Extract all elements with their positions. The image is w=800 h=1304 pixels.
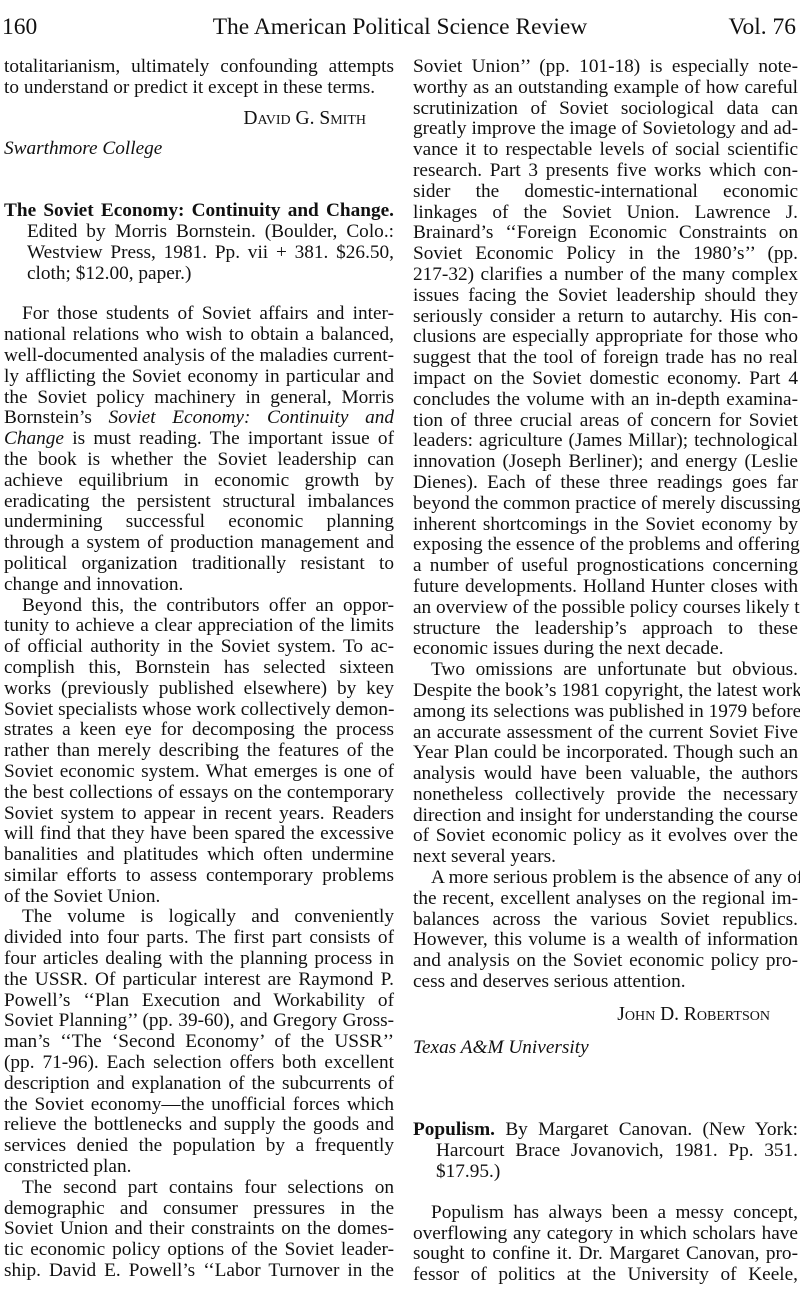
- text-line: exposing the essence of the problems and…: [413, 535, 798, 556]
- text-line: Beyond this, the contributors offer an o…: [4, 596, 394, 617]
- text-line: inherent shortcomings in the Soviet econ…: [413, 515, 798, 536]
- text-line: sought to confine it. Dr. Margaret Canov…: [413, 1244, 798, 1265]
- text-line: Populism has always been a messy concept…: [413, 1203, 798, 1224]
- book-title: Populism.: [413, 1119, 495, 1140]
- text-line: similar efforts to assess contemporary p…: [4, 866, 394, 887]
- text-line: 217-32) clarifies a number of the many c…: [413, 265, 798, 286]
- text-line: tunity to achieve a clear appreciation o…: [4, 616, 394, 637]
- citation-line: Edited by Morris Bornstein. (Boulder, Co…: [27, 222, 394, 243]
- text-line: suggest that the tool of foreign trade h…: [413, 348, 798, 369]
- reviewer-institution: Swarthmore College: [4, 139, 394, 160]
- text-line: The second part contains four selections…: [4, 1178, 394, 1199]
- text-line: will find that they have been spared the…: [4, 824, 394, 845]
- text-line: clusions are especially appropriate for …: [413, 327, 798, 348]
- text-line: Soviet Economic Policy in the 1980’s’’ (…: [413, 244, 798, 265]
- text-line: greatly improve the image of Sovietology…: [413, 119, 798, 140]
- text-line: seriously consider a return to autarchy.…: [413, 307, 798, 328]
- text-line: relieve the bottlenecks and supply the g…: [4, 1115, 394, 1136]
- text-line: Two omissions are unfortunate but obviou…: [413, 660, 798, 681]
- text-line: beyond the common practice of merely dis…: [413, 494, 798, 515]
- review-body: Populism has always been a messy concept…: [413, 1203, 798, 1286]
- text-line: next several years.: [413, 847, 798, 868]
- text-line: the USSR. Of particular interest are Ray…: [4, 970, 394, 991]
- reviewer-signature: John D. Robertson: [413, 1005, 798, 1026]
- text-line: Soviet specialists whose work collective…: [4, 700, 394, 721]
- citation-line: Harcourt Brace Jovanovich, 1981. Pp. 351…: [436, 1141, 798, 1162]
- reviewer-signature: David G. Smith: [4, 109, 394, 130]
- text-line: overflowing any category in which schola…: [413, 1224, 798, 1245]
- text-line: sider the domestic-international economi…: [413, 182, 798, 203]
- text-line: demographic and consumer pressures in th…: [4, 1199, 394, 1220]
- text-line: totalitarianism, ultimately confounding …: [4, 57, 394, 78]
- text-line: The volume is logically and conveniently: [4, 907, 394, 928]
- review-body: For those students of Soviet affairs and…: [4, 304, 394, 1281]
- text-line: undermining successful economic planning: [4, 512, 394, 533]
- text-line: an accurate assessment of the current So…: [413, 723, 798, 744]
- text-line: balances across the various Soviet repub…: [413, 910, 798, 931]
- text-line: Change is must reading. The important is…: [4, 429, 394, 450]
- text-line: (pp. 71-96). Each selection offers both …: [4, 1053, 394, 1074]
- text-line: an overview of the possible policy cours…: [413, 598, 798, 619]
- text-line: well-documented analysis of the maladies…: [4, 346, 394, 367]
- text-line: Soviet Union and their constraints on th…: [4, 1219, 394, 1240]
- text-line: the recent, excellent analyses on the re…: [413, 889, 798, 910]
- text-line: tic economic policy options of the Sovie…: [4, 1240, 394, 1261]
- text-line: Brainard’s ‘‘Foreign Economic Constraint…: [413, 223, 798, 244]
- left-column: totalitarianism, ultimately confounding …: [4, 57, 394, 1282]
- text-line: Year Plan could be incorporated. Though …: [413, 743, 798, 764]
- text-line: innovation (Joseph Berliner); and energy…: [413, 452, 798, 473]
- text-line: economic issues during the next decade.: [413, 639, 798, 660]
- book-title: The Soviet Economy: Continuity and Chang…: [4, 201, 394, 222]
- text-line: a number of useful prognostications conc…: [413, 556, 798, 577]
- text-line: the Soviet policy machinery in general, …: [4, 388, 394, 409]
- text-line: impact on the Soviet domestic economy. P…: [413, 369, 798, 390]
- text-line: leaders: agriculture (James Millar); tec…: [413, 431, 798, 452]
- text-line: worthy as an outstanding example of how …: [413, 78, 798, 99]
- reviewer-institution: Texas A&M University: [413, 1038, 798, 1059]
- text-line: scrutinization of Soviet sociological da…: [413, 99, 798, 120]
- text-line: concludes the volume with an in-depth ex…: [413, 390, 798, 411]
- volume-label: Vol. 76: [729, 14, 796, 41]
- text-line: issues facing the Soviet leadership shou…: [413, 286, 798, 307]
- text-line: works (previously published elsewhere) b…: [4, 679, 394, 700]
- text-line: and analysis on the Soviet economic poli…: [413, 951, 798, 972]
- book-citation: Populism. By Margaret Canovan. (New York…: [413, 1120, 798, 1182]
- text-line: to understand or predict it except in th…: [4, 78, 394, 99]
- text-line: Powell’s ‘‘Plan Execution and Workabilit…: [4, 991, 394, 1012]
- text-line: constricted plan.: [4, 1157, 394, 1178]
- text-line: achieve equilibrium in economic growth b…: [4, 471, 394, 492]
- text-line: political organization traditionally res…: [4, 554, 394, 575]
- text-line: research. Part 3 presents five works whi…: [413, 161, 798, 182]
- text-line: ship. David E. Powell’s ‘‘Labor Turnover…: [4, 1261, 394, 1282]
- text-line: Bornstein’s Soviet Economy: Continuity a…: [4, 408, 394, 429]
- text-line: However, this volume is a wealth of info…: [413, 930, 798, 951]
- text-line: Soviet Planning’’ (pp. 39-60), and Grego…: [4, 1011, 394, 1032]
- text-line: ly afflicting the Soviet economy in part…: [4, 367, 394, 388]
- review-body-continued: Soviet Union’’ (pp. 101-18) is especiall…: [413, 57, 798, 993]
- text-line: nonetheless collectively provide the nec…: [413, 785, 798, 806]
- text-line: strates a keen eye for decomposing the p…: [4, 720, 394, 741]
- text-line: of Soviet economic policy as it evolves …: [413, 826, 798, 847]
- book-citation: The Soviet Economy: Continuity and Chang…: [4, 201, 394, 284]
- text-line: eradicating the persistent structural im…: [4, 492, 394, 513]
- text-line: Despite the book’s 1981 copyright, the l…: [413, 681, 798, 702]
- right-column: Soviet Union’’ (pp. 101-18) is especiall…: [413, 57, 798, 1286]
- text-line: Soviet Union’’ (pp. 101-18) is especiall…: [413, 57, 798, 78]
- text-line: complish this, Bornstein has selected si…: [4, 658, 394, 679]
- text-line: vance it to respectable levels of social…: [413, 140, 798, 161]
- text-line: among its selections was published in 19…: [413, 702, 798, 723]
- journal-title: The American Political Science Review: [0, 14, 800, 41]
- text-line: direction and insight for understanding …: [413, 806, 798, 827]
- text-line: four articles dealing with the planning …: [4, 949, 394, 970]
- text-line: For those students of Soviet affairs and…: [4, 304, 394, 325]
- text-line: description and explanation of the subcu…: [4, 1074, 394, 1095]
- citation-line: $17.95.): [436, 1162, 798, 1183]
- text-line: of the Soviet Union.: [4, 887, 394, 908]
- text-line: A more serious problem is the absence of…: [413, 868, 798, 889]
- text-line: fessor of politics at the University of …: [413, 1265, 798, 1286]
- text-line: of official authority in the Soviet syst…: [4, 637, 394, 658]
- text-line: analysis would have been valuable, the a…: [413, 764, 798, 785]
- text-line: Dienes). Each of these three readings go…: [413, 473, 798, 494]
- text-line: tion of three crucial areas of concern f…: [413, 411, 798, 432]
- text-line: Soviet system to appear in recent years.…: [4, 804, 394, 825]
- text-line: cess and deserves serious attention.: [413, 972, 798, 993]
- text-line: Soviet economic system. What emerges is …: [4, 762, 394, 783]
- text-line: rather than merely describing the featur…: [4, 741, 394, 762]
- text-line: national relations who wish to obtain a …: [4, 325, 394, 346]
- text-line: the book is whether the Soviet leadershi…: [4, 450, 394, 471]
- text-line: the best collections of essays on the co…: [4, 783, 394, 804]
- text-line: divided into four parts. The first part …: [4, 928, 394, 949]
- citation-line: cloth; $12.00, paper.): [27, 264, 394, 285]
- text-line: future developments. Holland Hunter clos…: [413, 577, 798, 598]
- page-header: 160 The American Political Science Revie…: [0, 14, 800, 44]
- text-line: the Soviet economy—the unofficial forces…: [4, 1095, 394, 1116]
- citation-line: Populism. By Margaret Canovan. (New York…: [413, 1120, 798, 1141]
- text-line: change and innovation.: [4, 575, 394, 596]
- text-line: services denied the population by a freq…: [4, 1136, 394, 1157]
- text-line: through a system of production managemen…: [4, 533, 394, 554]
- text-line: structure the leadership’s approach to t…: [413, 619, 798, 640]
- text-line: banalities and platitudes which often un…: [4, 845, 394, 866]
- text-line: man’s ‘‘The ‘Second Economy’ of the USSR…: [4, 1032, 394, 1053]
- text-line: linkages of the Soviet Union. Lawrence J…: [413, 203, 798, 224]
- citation-line: Westview Press, 1981. Pp. vii + 381. $26…: [27, 243, 394, 264]
